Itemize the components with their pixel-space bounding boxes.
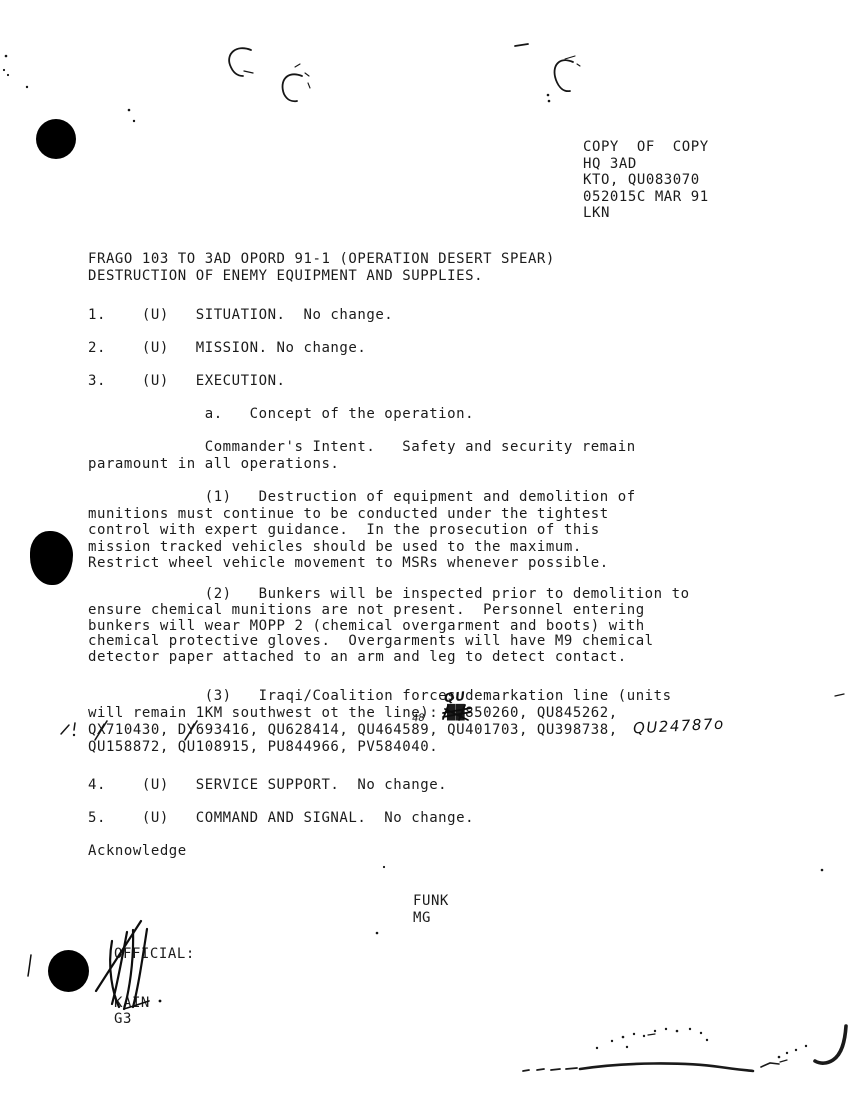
signature-block-funk: FUNK MG [413, 893, 449, 927]
paragraph-3a3: (3) Iraqi/Coalition forces demarkation l… [88, 688, 672, 756]
hole-punch-mark-top [36, 119, 76, 159]
paragraph-3a2: (2) Bunkers will be inspected prior to d… [88, 587, 690, 666]
handwritten-number-48: 48 [412, 713, 425, 725]
paragraphs-1-to-3: 1. (U) SITUATION. No change. 2. (U) MISS… [88, 307, 636, 472]
scanned-document-page: COPY OF COPY HQ 3AD KTO, QU083070 052015… [0, 0, 850, 1097]
copy-header-block: COPY OF COPY HQ 3AD KTO, QU083070 052015… [583, 139, 709, 222]
handwritten-grid-coordinate: QU24787o [633, 715, 726, 738]
handwritten-correction-qu: QU [443, 689, 466, 705]
hole-punch-mark-bottom [48, 950, 89, 992]
checkmark-annotation [61, 723, 75, 736]
hole-punch-mark-middle [30, 531, 73, 585]
paragraph-3a1: (1) Destruction of equipment and demolit… [88, 489, 636, 572]
document-title: FRAGO 103 TO 3AD OPORD 91-1 (OPERATION D… [88, 251, 555, 285]
bottom-smudge-marks [523, 1026, 846, 1071]
paragraphs-4-to-5: 4. (U) SERVICE SUPPORT. No change. 5. (U… [88, 777, 474, 860]
official-block: OFFICIAL: KAIN G3 [114, 946, 195, 1027]
